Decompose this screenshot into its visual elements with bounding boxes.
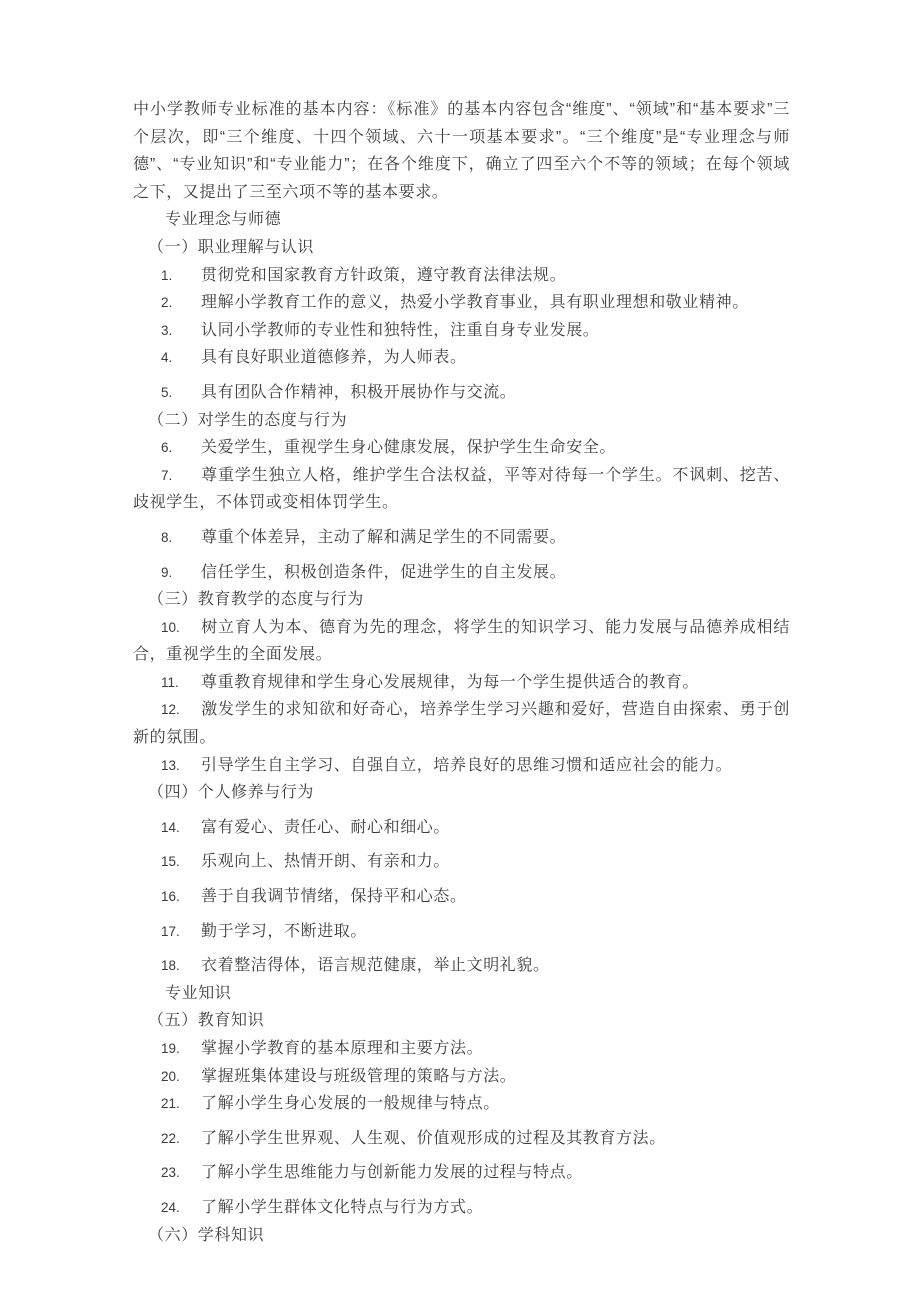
list-item: 6.关爱学生，重视学生身心健康发展，保护学生生命安全。	[133, 434, 790, 462]
list-item-number: 21.	[161, 1090, 201, 1118]
list-item-number: 8.	[161, 524, 201, 552]
list-item: 2.理解小学教育工作的意义，热爱小学教育事业，具有职业理想和敬业精神。	[133, 289, 790, 317]
list-item-number: 20.	[161, 1063, 201, 1091]
subsection-heading: （五）教育知识	[148, 1007, 790, 1035]
section-heading: 专业理念与师德	[165, 206, 790, 234]
list-item-text: 了解小学生身心发展的一般规律与特点。	[201, 1095, 500, 1112]
list-item-number: 24.	[161, 1194, 201, 1222]
list-item-text: 信任学生，积极创造条件，促进学生的自主发展。	[201, 564, 566, 581]
list-item-number: 15.	[161, 848, 201, 876]
list-item-number: 19.	[161, 1035, 201, 1063]
subsection-heading: （四）个人修养与行为	[148, 779, 790, 807]
list-item: 4.具有良好职业道德修养，为人师表。	[133, 344, 790, 372]
list-item-number: 13.	[161, 752, 201, 780]
list-item-text: 了解小学生群体文化特点与行为方式。	[201, 1199, 483, 1216]
list-item: 8.尊重个体差异，主动了解和满足学生的不同需要。	[133, 524, 790, 552]
subsection-heading: （二）对学生的态度与行为	[148, 407, 790, 435]
list-item-text: 富有爱心、责任心、耐心和细心。	[201, 819, 450, 836]
list-item: 23.了解小学生思维能力与创新能力发展的过程与特点。	[133, 1159, 790, 1187]
list-item-number: 5.	[161, 379, 201, 407]
list-item-text: 掌握班集体建设与班级管理的策略与方法。	[201, 1068, 516, 1085]
list-item: 19.掌握小学教育的基本原理和主要方法。	[133, 1035, 790, 1063]
list-item-number: 1.	[161, 262, 201, 290]
list-item-number: 3.	[161, 317, 201, 345]
list-item: 22.了解小学生世界观、人生观、价值观形成的过程及其教育方法。	[133, 1125, 790, 1153]
list-item: 20.掌握班集体建设与班级管理的策略与方法。	[133, 1063, 790, 1091]
list-item-text: 了解小学生思维能力与创新能力发展的过程与特点。	[201, 1164, 583, 1181]
list-item-number: 17.	[161, 918, 201, 946]
list-item: 9.信任学生，积极创造条件，促进学生的自主发展。	[133, 559, 790, 587]
document-page: 中小学教师专业标准的基本内容：《标准》的基本内容包含“维度”、“领域”和“基本要…	[0, 0, 920, 1302]
list-item-text: 认同小学教师的专业性和独特性，注重自身专业发展。	[201, 322, 599, 339]
list-item-number: 23.	[161, 1159, 201, 1187]
list-item-text: 具有团队合作精神，积极开展协作与交流。	[201, 384, 516, 401]
list-item: 7.尊重学生独立人格，维护学生合法权益，平等对待每一个学生。不讽刺、挖苦、歧视学…	[133, 462, 790, 517]
list-item-text: 尊重个体差异，主动了解和满足学生的不同需要。	[201, 529, 566, 546]
list-item-number: 22.	[161, 1125, 201, 1153]
list-item-number: 14.	[161, 814, 201, 842]
subsection-heading: （一）职业理解与认识	[148, 234, 790, 262]
list-item: 3.认同小学教师的专业性和独特性，注重自身专业发展。	[133, 317, 790, 345]
list-item-number: 10.	[161, 614, 201, 642]
list-item-text: 善于自我调节情绪，保持平和心态。	[201, 888, 467, 905]
list-item: 16.善于自我调节情绪，保持平和心态。	[133, 883, 790, 911]
list-item: 5.具有团队合作精神，积极开展协作与交流。	[133, 379, 790, 407]
list-item: 14.富有爱心、责任心、耐心和细心。	[133, 814, 790, 842]
subsection-heading: （三）教育教学的态度与行为	[148, 586, 790, 614]
list-item-text: 乐观向上、热情开朗、有亲和力。	[201, 853, 450, 870]
list-item-text: 具有良好职业道德修养，为人师表。	[201, 349, 467, 366]
list-item-number: 12.	[161, 696, 201, 724]
list-item: 11.尊重教育规律和学生身心发展规律，为每一个学生提供适合的教育。	[133, 669, 790, 697]
list-item: 15.乐观向上、热情开朗、有亲和力。	[133, 848, 790, 876]
list-item-text: 理解小学教育工作的意义，热爱小学教育事业，具有职业理想和敬业精神。	[201, 294, 749, 311]
paragraph: 中小学教师专业标准的基本内容：《标准》的基本内容包含“维度”、“领域”和“基本要…	[133, 96, 790, 206]
list-item-number: 18.	[161, 952, 201, 980]
list-item: 1.贯彻党和国家教育方针政策，遵守教育法律法规。	[133, 262, 790, 290]
list-item: 13.引导学生自主学习、自强自立，培养良好的思维习惯和适应社会的能力。	[133, 752, 790, 780]
list-item-text: 尊重学生独立人格，维护学生合法权益，平等对待每一个学生。不讽刺、挖苦、歧视学生，…	[133, 467, 790, 512]
list-item: 21.了解小学生身心发展的一般规律与特点。	[133, 1090, 790, 1118]
list-item-text: 衣着整洁得体，语言规范健康，举止文明礼貌。	[201, 957, 550, 974]
list-item: 24.了解小学生群体文化特点与行为方式。	[133, 1194, 790, 1222]
list-item-number: 6.	[161, 434, 201, 462]
list-item-text: 激发学生的求知欲和好奇心，培养学生学习兴趣和爱好，营造自由探索、勇于创新的氛围。	[133, 701, 790, 746]
document-content: 中小学教师专业标准的基本内容：《标准》的基本内容包含“维度”、“领域”和“基本要…	[133, 96, 790, 1249]
list-item: 18.衣着整洁得体，语言规范健康，举止文明礼貌。	[133, 952, 790, 980]
list-item-text: 关爱学生，重视学生身心健康发展，保护学生生命安全。	[201, 439, 616, 456]
list-item: 17.勤于学习，不断进取。	[133, 918, 790, 946]
list-item-number: 2.	[161, 289, 201, 317]
list-item-text: 贯彻党和国家教育方针政策，遵守教育法律法规。	[201, 267, 566, 284]
list-item-text: 勤于学习，不断进取。	[201, 923, 367, 940]
list-item-number: 16.	[161, 883, 201, 911]
list-item-text: 树立育人为本、德育为先的理念，将学生的知识学习、能力发展与品德养成相结合，重视学…	[133, 619, 790, 664]
list-item: 12.激发学生的求知欲和好奇心，培养学生学习兴趣和爱好，营造自由探索、勇于创新的…	[133, 696, 790, 751]
list-item-text: 尊重教育规律和学生身心发展规律，为每一个学生提供适合的教育。	[201, 674, 699, 691]
list-item-number: 4.	[161, 344, 201, 372]
list-item: 10.树立育人为本、德育为先的理念，将学生的知识学习、能力发展与品德养成相结合，…	[133, 614, 790, 669]
list-item-number: 7.	[161, 462, 201, 490]
list-item-text: 引导学生自主学习、自强自立，培养良好的思维习惯和适应社会的能力。	[201, 757, 732, 774]
list-item-number: 11.	[161, 669, 201, 697]
list-item-text: 了解小学生世界观、人生观、价值观形成的过程及其教育方法。	[201, 1130, 666, 1147]
list-item-number: 9.	[161, 559, 201, 587]
list-item-text: 掌握小学教育的基本原理和主要方法。	[201, 1040, 483, 1057]
section-heading: 专业知识	[165, 980, 790, 1008]
subsection-heading: （六）学科知识	[148, 1222, 790, 1250]
